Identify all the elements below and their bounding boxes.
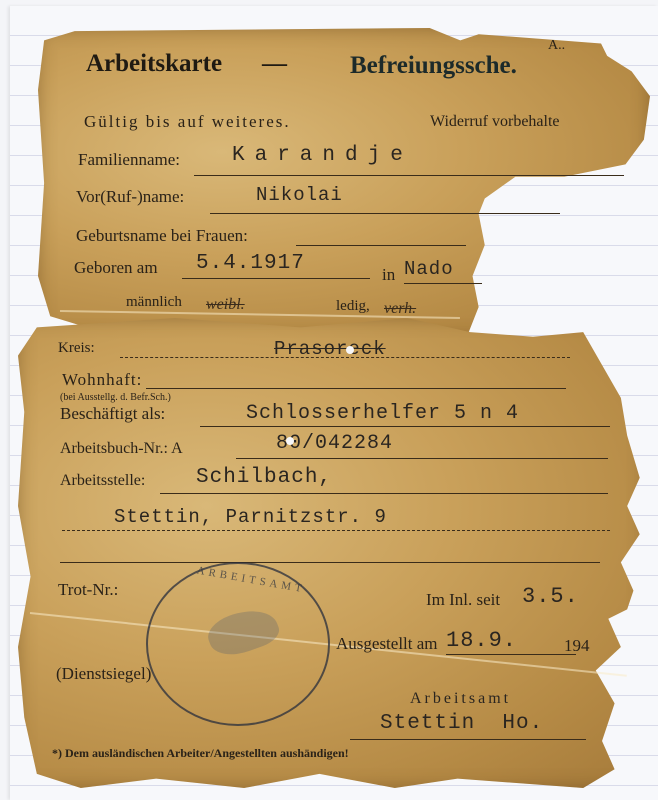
value-geboren-am: 5.4.1917 (196, 252, 305, 275)
value-beschaeftigt-als: Schlosserhelfer 5 n 4 (246, 402, 519, 425)
title-dash: — (262, 50, 287, 78)
eagle-emblem-icon (203, 601, 282, 663)
field-line (146, 388, 566, 389)
field-line (404, 283, 482, 284)
official-seal-stamp: ARBEITSAMT (146, 562, 330, 726)
footnote: *) Dem ausländischen Arbeiter/Angestellt… (52, 746, 349, 761)
field-line (194, 175, 624, 176)
field-line (236, 458, 608, 459)
field-line (210, 213, 560, 214)
card-subtitle: Befreiungssche. (350, 52, 517, 80)
value-arbeitsstelle-address: Stettin, Parnitzstr. 9 (114, 506, 387, 528)
field-line (160, 493, 608, 494)
label-geburtsname: Geburtsname bei Frauen: (76, 226, 248, 246)
card-title: Arbeitskarte (86, 50, 222, 78)
revocation-text: Widerruf vorbehalte (430, 113, 560, 131)
label-arbeitsbuch-nr: Arbeitsbuch-Nr.: A (60, 440, 183, 458)
label-geboren-am: Geboren am (74, 258, 158, 278)
label-familienname: Familienname: (78, 150, 180, 170)
label-trot-nr: Trot-Nr.: (58, 580, 118, 600)
label-wohnhaft: Wohnhaft: (62, 370, 142, 390)
label-vorname: Vor(Ruf-)name: (76, 187, 184, 207)
punch-hole (286, 437, 294, 445)
field-line (200, 426, 610, 427)
label-wohnhaft-note: (bei Ausstellg. d. Befr.Sch.) (60, 392, 171, 403)
value-arbeitsbuch-nr: 80/042284 (276, 432, 393, 455)
value-ausgestellt-am: 18.9. (446, 628, 517, 653)
value-im-inland-seit: 3.5. (522, 584, 579, 609)
signature-line (350, 739, 586, 740)
punch-hole (346, 346, 354, 354)
label-im-inland-seit: Im Inl. seit (426, 590, 500, 610)
label-beschaeftigt-als: Beschäftigt als: (60, 404, 165, 424)
value-vorname: Nikolai (256, 184, 343, 206)
label-geboren-in: in (382, 265, 395, 285)
label-dienstsiegel: (Dienstsiegel) (56, 664, 151, 684)
field-line (446, 654, 576, 655)
label-ledig: ledig, (336, 298, 370, 315)
value-ausgestellt-year: 194 (564, 636, 590, 656)
field-line (182, 278, 370, 279)
value-familienname: Karandje (232, 144, 413, 167)
label-maennlich: männlich (126, 294, 182, 311)
issuer-location: Stettin Ho. (380, 712, 543, 735)
validity-text: Gültig bis auf weiteres. (84, 112, 291, 132)
label-ausgestellt-am: Ausgestellt am (336, 634, 438, 654)
value-weiblich-struck: weibl. (206, 296, 245, 314)
field-line (60, 562, 600, 563)
field-line (120, 357, 570, 358)
value-verheiratet-struck: verh. (384, 300, 416, 318)
value-geboren-in: Nado (404, 258, 454, 280)
issuer-office: Arbeitsamt (410, 690, 511, 708)
label-arbeitsstelle: Arbeitsstelle: (60, 472, 145, 490)
value-arbeitsstelle: Schilbach, (196, 466, 332, 489)
corner-mark: A.. (548, 38, 565, 54)
field-line (296, 245, 466, 246)
label-kreis: Kreis: (58, 340, 95, 357)
field-line (62, 530, 610, 531)
